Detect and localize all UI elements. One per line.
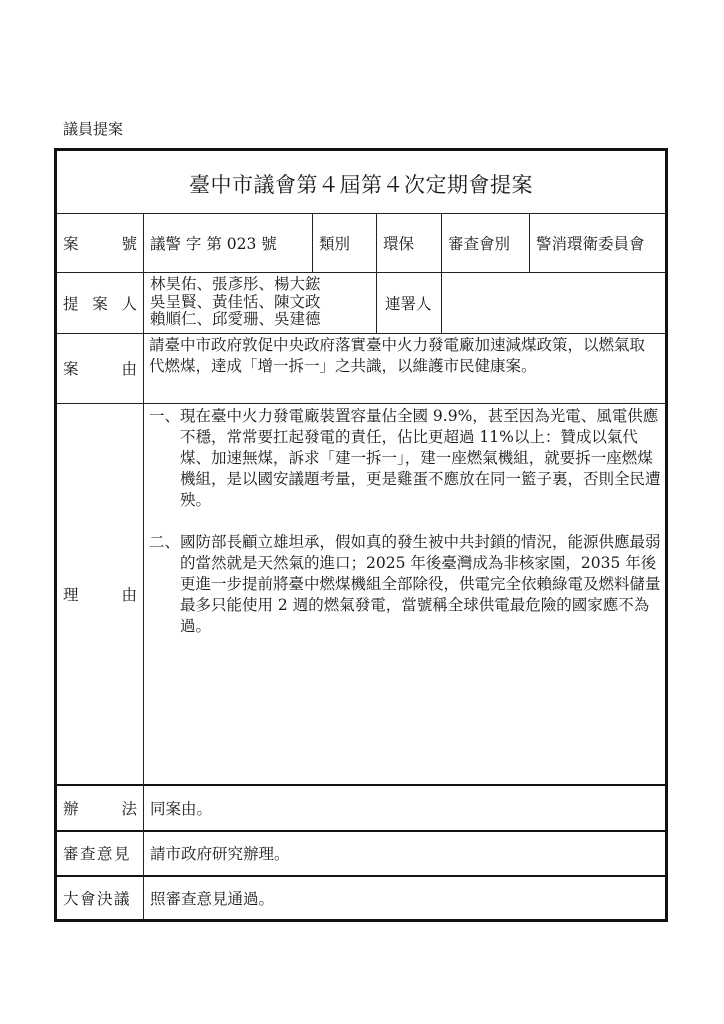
resolution-label: 大會決議: [57, 876, 143, 919]
review-opinion-text: 請市政府研究辦理。: [144, 831, 664, 875]
proposer-line: 賴順仁、邱愛珊、吳建德: [150, 311, 370, 329]
subject-text: 請臺中市政府敦促中央政府落實臺中火力發電廠加速減煤政策，以燃氣取代燃煤，達成「增…: [145, 335, 663, 377]
reason-label: 理 由: [57, 403, 143, 784]
resolution-text: 照審查意見通過。: [144, 876, 664, 919]
reason-item-text: 國防部長顧立雄坦承，假如真的發生被中共封鎖的情況，能源供應最弱的當然就是天然氣的…: [180, 532, 663, 637]
cosigner-label: 連署人: [377, 272, 441, 333]
reason-item: 一、 現在臺中火力發電廠裝置容量佔全國 9.9%，甚至因為光電、風電供應不穩，常…: [149, 406, 663, 511]
method-text: 同案由。: [144, 785, 664, 830]
proposer-label: 提 案 人: [57, 272, 143, 333]
proposal-title: 臺中市議會第４屆第４次定期會提案: [57, 151, 665, 216]
label-char: 號: [121, 232, 137, 254]
reason-item-text: 現在臺中火力發電廠裝置容量佔全國 9.9%，甚至因為光電、風電供應不穩，常常要扛…: [180, 406, 663, 511]
cosigner-value: [442, 272, 665, 333]
reason-item-number: 一、: [149, 406, 180, 511]
proposer-list: 林昊佑、張彥彤、楊大鋐 吳呈賢、黃佳恬、陳文政 賴順仁、邱愛珊、吳建德: [144, 272, 376, 333]
label-char: 案: [92, 292, 108, 314]
label-char: 由: [121, 583, 137, 605]
document-type-label: 議員提案: [63, 118, 123, 139]
review-committee-value: 警消環衛委員會: [530, 213, 665, 272]
label-char: 提: [63, 292, 79, 314]
category-value: 環保: [377, 213, 441, 272]
review-opinion-label: 審查意見: [57, 831, 143, 875]
label-char: 人: [121, 292, 137, 314]
label-char: 法: [121, 797, 137, 819]
subject-label: 案 由: [57, 333, 143, 403]
proposer-line: 林昊佑、張彥彤、楊大鋐: [150, 276, 370, 294]
label-char: 由: [121, 357, 137, 379]
reason-item: 二、 國防部長顧立雄坦承，假如真的發生被中共封鎖的情況，能源供應最弱的當然就是天…: [149, 532, 663, 637]
method-label: 辦 法: [57, 785, 143, 830]
divider: [57, 403, 665, 404]
label-char: 辦: [63, 797, 79, 819]
category-label: 類別: [313, 213, 376, 272]
review-committee-label: 審查會別: [442, 213, 529, 272]
label-char: 案: [63, 232, 79, 254]
proposal-table: 臺中市議會第４屆第４次定期會提案 案 號 議警 字 第 023 號 類別 環保 …: [54, 148, 668, 922]
proposer-line: 吳呈賢、黃佳恬、陳文政: [150, 294, 370, 312]
divider: [57, 333, 665, 334]
reason-content: 一、 現在臺中火力發電廠裝置容量佔全國 9.9%，甚至因為光電、風電供應不穩，常…: [149, 406, 663, 637]
case-number-value: 議警 字 第 023 號: [144, 213, 312, 272]
label-char: 案: [63, 357, 79, 379]
label-char: 理: [63, 583, 79, 605]
case-number-label: 案 號: [57, 213, 143, 272]
reason-item-number: 二、: [149, 532, 180, 637]
